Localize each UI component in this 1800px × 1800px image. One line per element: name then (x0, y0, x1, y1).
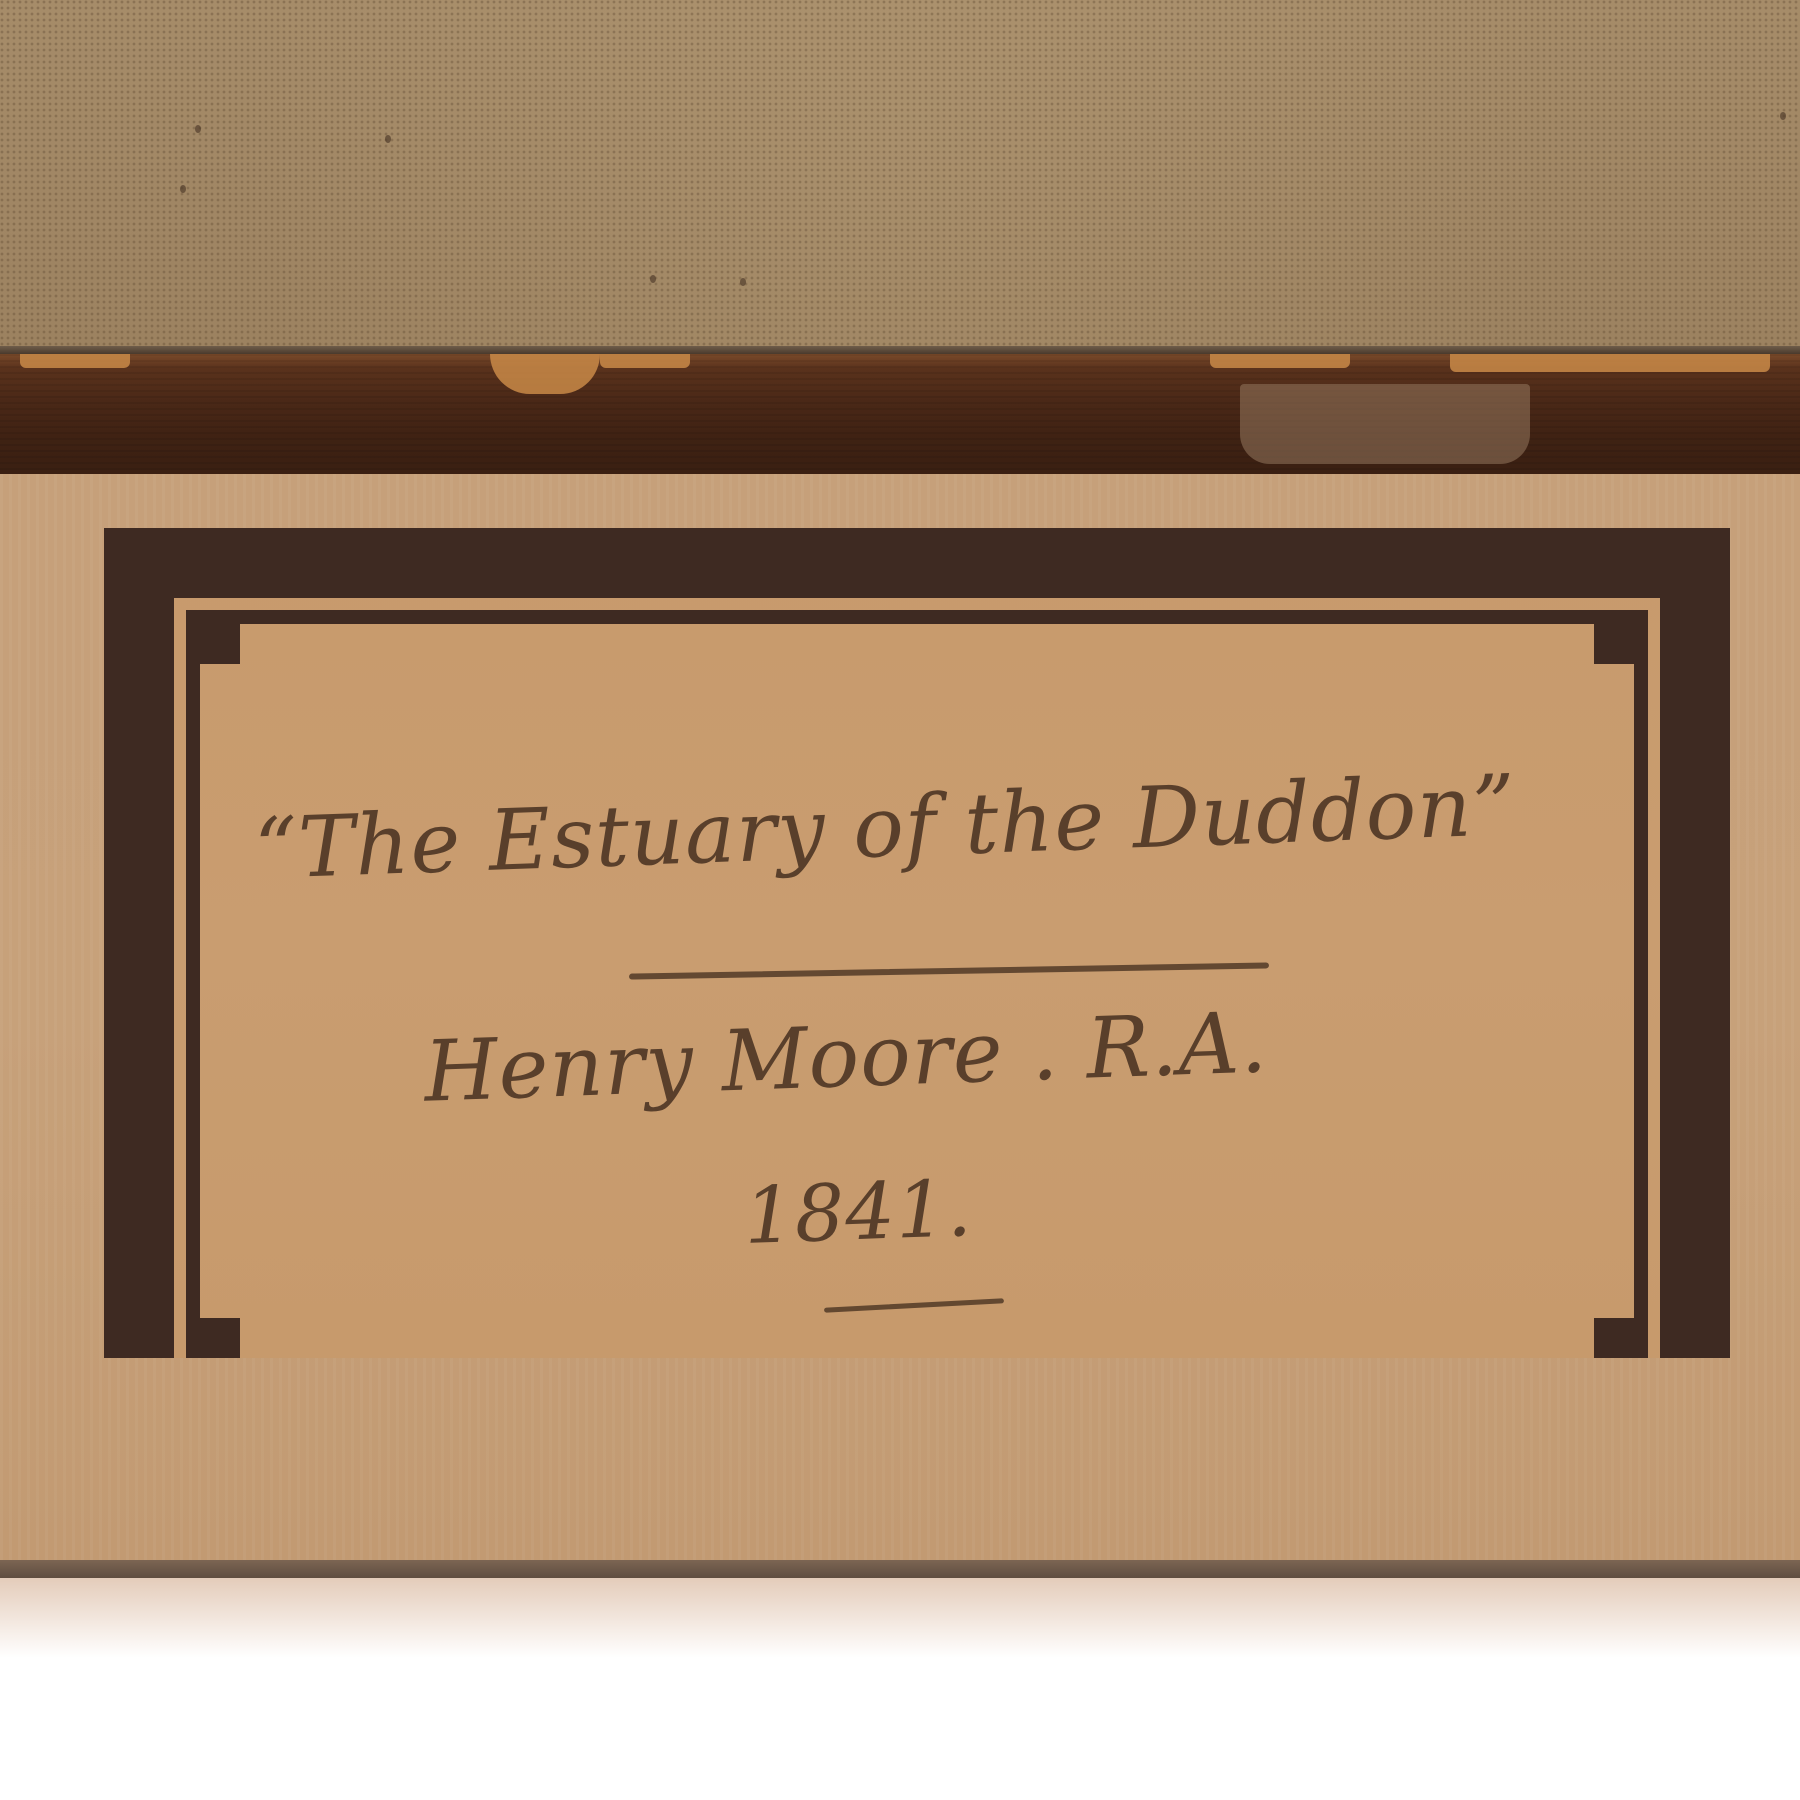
canvas-spot (180, 185, 186, 193)
corner-notch (1594, 1318, 1634, 1358)
label-border-foot (104, 1288, 174, 1358)
wood-chip (1450, 354, 1770, 372)
wood-chip (1210, 354, 1350, 368)
corner-notch (200, 1318, 240, 1358)
frame-bottom-edge (0, 1560, 1800, 1578)
worn-patch (1240, 384, 1530, 464)
wooden-stretcher-bar (0, 354, 1800, 474)
canvas-spot (650, 275, 656, 283)
canvas-spot (740, 278, 746, 286)
wood-chip (600, 354, 690, 368)
canvas-spot (385, 135, 391, 143)
painting-year: 1841. (742, 1164, 973, 1262)
canvas-reverse (0, 0, 1800, 352)
canvas-edge (0, 346, 1800, 354)
corner-notch (200, 624, 240, 664)
wood-chip (20, 354, 130, 368)
shadow-fade (0, 1578, 1800, 1658)
handwritten-label: “The Estuary of the Duddon” Henry Moore … (104, 528, 1730, 1358)
canvas-spot (1780, 112, 1786, 120)
label-border-foot (1660, 1288, 1730, 1358)
wood-chip (490, 354, 600, 394)
canvas-spot (195, 125, 201, 133)
painting-back-photo: “The Estuary of the Duddon” Henry Moore … (0, 0, 1800, 1800)
corner-notch (1594, 624, 1634, 664)
